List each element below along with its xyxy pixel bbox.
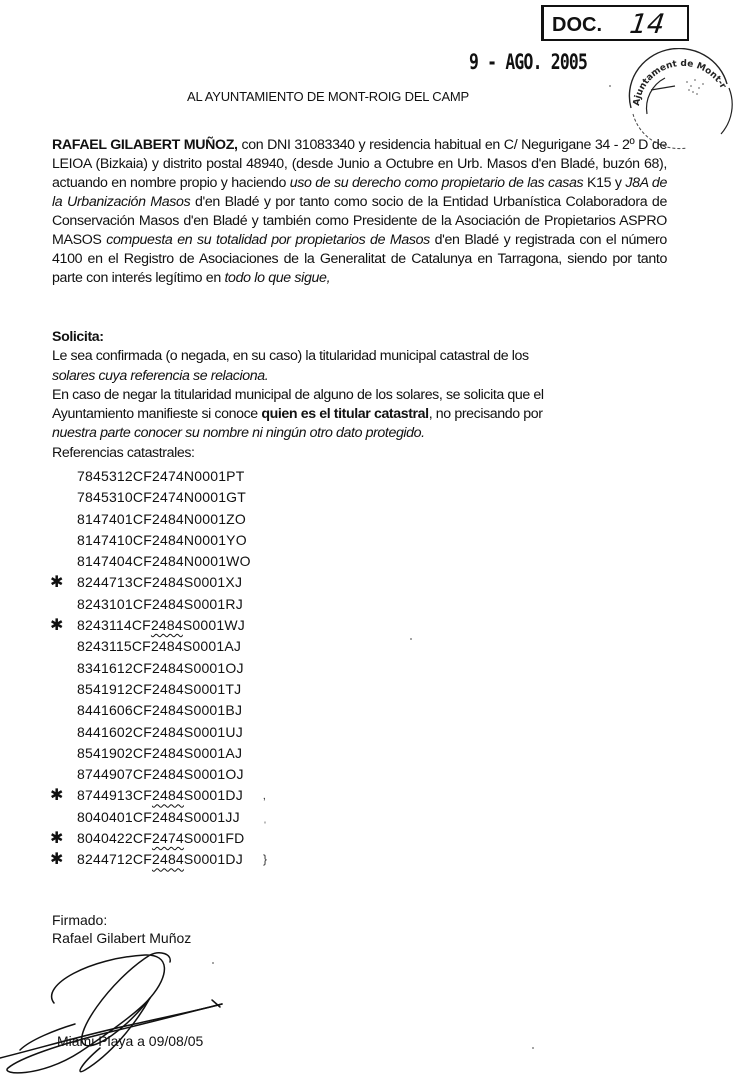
reference-sheet: 2474 (152, 468, 184, 484)
request-line: En caso de negar la titularidad municipa… (52, 386, 692, 405)
reference-sheet: 2484 (151, 638, 183, 654)
cadastral-reference-row: 8243101CF2484S0001RJ (77, 594, 251, 615)
cadastral-reference-row: 8243115CF2484S0001AJ (77, 636, 251, 657)
reference-prefix: 7845312CF (77, 468, 152, 484)
cadastral-reference-row: 8341612CF2484S0001OJ (77, 658, 251, 679)
reference-suffix: N0001YO (184, 532, 247, 548)
reference-sheet: 2484 (152, 702, 184, 718)
reference-prefix: 8243114CF (77, 617, 151, 633)
cadastral-reference-row: 8147410CF2484N0001YO (77, 530, 251, 551)
reference-sheet: 2484 (152, 574, 184, 590)
reference-prefix: 8244712CF (77, 851, 152, 867)
reference-sheet: 2484 (152, 596, 184, 612)
reference-suffix: S0001AJ (183, 638, 241, 654)
reference-sheet: 2484 (152, 787, 184, 803)
cadastral-reference-row: 7845310CF2474N0001GT (77, 487, 251, 508)
reference-suffix: N0001GT (184, 489, 246, 505)
reference-sheet: 2484 (152, 553, 184, 569)
request-emphasis: quien es el titular catastral (261, 406, 428, 422)
references-label: Referencias catastrales: (52, 444, 692, 463)
reference-suffix: S0001RJ (184, 596, 243, 612)
request-heading: Solicita: (52, 328, 692, 347)
asterisk-mark-icon: ✱ (50, 784, 64, 805)
cadastral-reference-row: 8541912CF2484S0001TJ (77, 679, 251, 700)
reference-prefix: 8244713CF (77, 574, 152, 590)
reference-prefix: 7845310CF (77, 489, 152, 505)
reference-sheet: 2484 (152, 724, 184, 740)
scan-speck (609, 85, 611, 87)
margin-tick-mark: ‚ (263, 785, 266, 806)
cadastral-reference-row: 7845312CF2474N0001PT (77, 466, 251, 487)
reference-suffix: N0001ZO (184, 511, 246, 527)
addressee-heading: AL AYUNTAMIENTO DE MONT-ROIG DEL CAMP (187, 89, 469, 104)
reference-prefix: 8243101CF (77, 596, 152, 612)
reference-sheet: 2484 (152, 766, 184, 782)
doc-label: DOC. (552, 14, 602, 37)
place-and-date: Miami Playa a 09/08/05 (57, 1033, 203, 1049)
reference-suffix: N0001WO (184, 553, 251, 569)
stamp-text: Ajuntament de Mont-roig del (625, 48, 728, 107)
cadastral-reference-row: ✱8244713CF2484S0001XJ (77, 572, 251, 593)
reference-suffix: S0001BJ (184, 702, 242, 718)
reference-sheet: 2484 (152, 511, 184, 527)
cadastral-reference-row: 8441606CF2484S0001BJ (77, 700, 251, 721)
reference-sheet: 2484 (152, 681, 184, 697)
reference-prefix: 8243115CF (77, 638, 151, 654)
margin-tick-mark: } (263, 849, 267, 870)
scan-speck (532, 1047, 534, 1049)
applicant-name: RAFAEL GILABERT MUÑOZ, (52, 137, 238, 153)
reference-suffix: S0001AJ (184, 745, 242, 761)
reference-prefix: 8744907CF (77, 766, 152, 782)
cadastral-reference-row: 8147401CF2484N0001ZO (77, 509, 251, 530)
reference-prefix: 8147401CF (77, 511, 152, 527)
svg-text:Ajuntament de Mont-roig del: Ajuntament de Mont-roig del (625, 48, 728, 107)
request-line: Le sea confirmada (o negada, en su caso)… (52, 347, 692, 366)
scan-speck (410, 638, 412, 640)
request-line: nuestra parte conocer su nombre ni ningú… (52, 425, 425, 441)
reference-sheet: 2484 (152, 745, 184, 761)
signed-label: Firmado: (52, 911, 191, 929)
reference-prefix: 8441602CF (77, 724, 152, 740)
scan-speck (212, 962, 214, 964)
request-line: solares cuya referencia se relaciona. (52, 368, 268, 384)
document-number-box: DOC. 14 (541, 5, 689, 41)
reference-prefix: 8541912CF (77, 681, 152, 697)
reference-suffix: S0001OJ (184, 660, 244, 676)
reference-suffix: S0001OJ (184, 766, 244, 782)
reference-sheet: 2484 (152, 809, 184, 825)
asterisk-mark-icon: ✱ (50, 848, 64, 869)
reference-suffix: S0001JJ (184, 809, 240, 825)
reference-suffix: S0001DJ (184, 851, 243, 867)
reference-sheet: 2484 (152, 660, 184, 676)
reference-prefix: 8744913CF (77, 787, 152, 803)
asterisk-mark-icon: ✱ (50, 827, 64, 848)
cadastral-reference-row: 8541902CF2484S0001AJ (77, 743, 251, 764)
asterisk-mark-icon: ✱ (50, 614, 64, 635)
reference-suffix: S0001XJ (184, 574, 242, 590)
reference-sheet: 2484 (152, 851, 184, 867)
intro-text-segment: uso de su derecho como propietario de la… (290, 175, 584, 191)
reference-prefix: 8040401CF (77, 809, 152, 825)
reference-prefix: 8441606CF (77, 702, 152, 718)
reference-sheet: 2484 (151, 617, 183, 633)
cadastral-reference-row: 8040401CF2484S0001JJˌ (77, 807, 251, 828)
intro-text-segment: todo lo que sigue, (224, 270, 330, 286)
handwritten-signature-icon (0, 940, 240, 1079)
reference-suffix: S0001WJ (183, 617, 245, 633)
reference-sheet: 2474 (152, 489, 184, 505)
received-date-stamp: 9 - AGO. 2005 (469, 50, 587, 74)
reference-sheet: 2474 (152, 830, 184, 846)
cadastral-reference-row: 8441602CF2484S0001UJ (77, 722, 251, 743)
cadastral-reference-row: 8744907CF2484S0001OJ (77, 764, 251, 785)
cadastral-reference-row: ✱8040422CF2474S0001FD (77, 828, 251, 849)
reference-suffix: S0001UJ (184, 724, 243, 740)
reference-suffix: S0001DJ (184, 787, 243, 803)
cadastral-reference-row: ✱8744913CF2484S0001DJ‚ (77, 785, 251, 806)
reference-prefix: 8040422CF (77, 830, 152, 846)
reference-suffix: S0001FD (184, 830, 245, 846)
asterisk-mark-icon: ✱ (50, 571, 64, 592)
request-line: Ayuntamiento manifieste si conoce quien … (52, 405, 692, 424)
cadastral-reference-list: 7845312CF2474N0001PT7845310CF2474N0001GT… (77, 466, 251, 871)
doc-number-handwritten: 14 (628, 9, 667, 40)
cadastral-reference-row: 8147404CF2484N0001WO (77, 551, 251, 572)
cadastral-reference-row: ✱8244712CF2484S0001DJ} (77, 849, 251, 870)
margin-tick-mark: ˌ (263, 807, 267, 828)
reference-sheet: 2484 (152, 532, 184, 548)
intro-text-segment: K15 y (583, 175, 625, 191)
reference-suffix: S0001TJ (184, 681, 241, 697)
intro-paragraph: RAFAEL GILABERT MUÑOZ, con DNI 31083340 … (52, 136, 667, 288)
reference-prefix: 8147404CF (77, 553, 152, 569)
reference-prefix: 8341612CF (77, 660, 152, 676)
intro-text-segment: compuesta en su totalidad por propietari… (106, 232, 430, 248)
reference-prefix: 8147410CF (77, 532, 152, 548)
cadastral-reference-row: ✱8243114CF2484S0001WJ (77, 615, 251, 636)
request-section: Solicita: Le sea confirmada (o negada, e… (52, 328, 692, 463)
reference-prefix: 8541902CF (77, 745, 152, 761)
reference-suffix: N0001PT (184, 468, 245, 484)
